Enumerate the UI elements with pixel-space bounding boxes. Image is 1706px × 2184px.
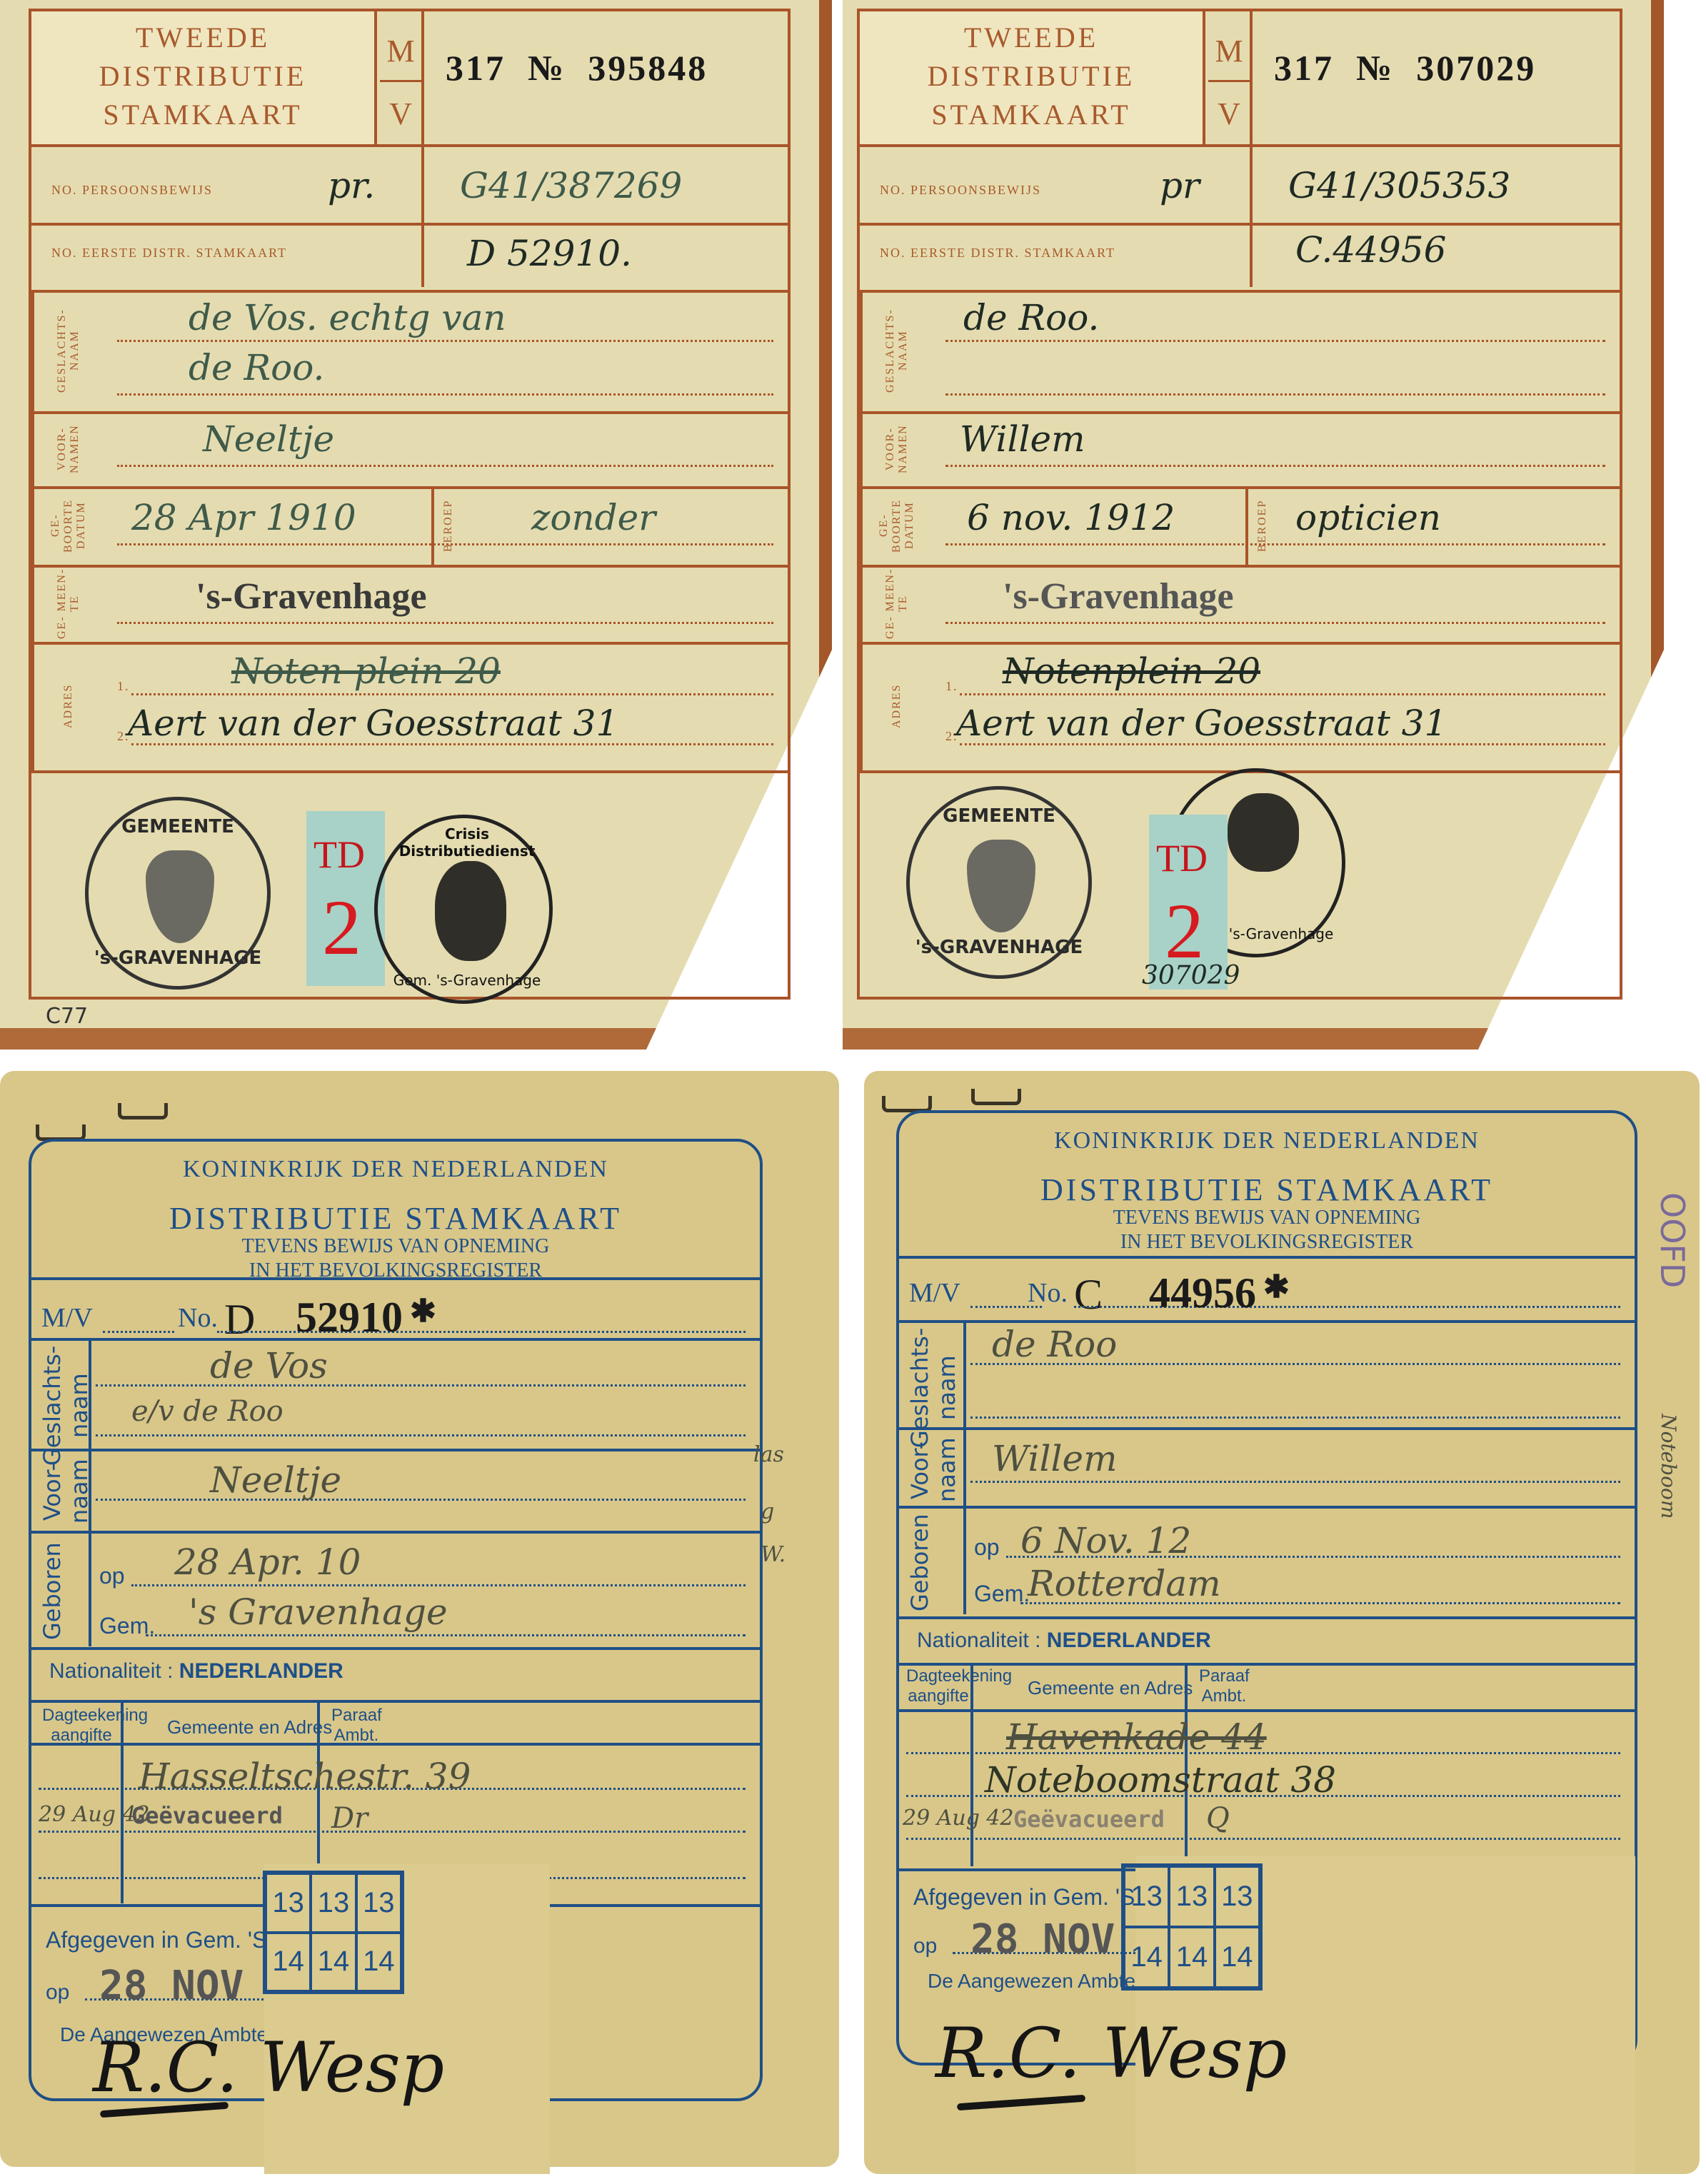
- header-sub-1: TEVENS BEWIJS VAN OPNEMING: [899, 1206, 1635, 1230]
- label-mv: M/V: [909, 1277, 960, 1309]
- geslachtsnaam-line-1: de Roo: [992, 1324, 1117, 1365]
- geboren-op-value: 6 Nov. 12: [1020, 1520, 1191, 1561]
- margin-note: Noteboom: [1657, 1414, 1680, 1519]
- ink-blot-icon: [435, 861, 506, 961]
- header-title: DISTRIBUTIE STAMKAART: [899, 1172, 1635, 1208]
- signature-underline: [957, 2095, 1085, 2111]
- label-eerste-stamkaart: NO. EERSTE DISTR. STAMKAART: [51, 246, 287, 261]
- persoonsbewijs-mark: pr: [1160, 165, 1200, 206]
- adres-1-crossed: Noten plein 20: [231, 650, 501, 692]
- card-series: C: [1074, 1270, 1103, 1319]
- label-beroep: BEROEP: [434, 486, 463, 565]
- gemeente-stamp: 's-Gravenhage: [196, 575, 427, 618]
- voornamen-value: Neeltje: [203, 418, 334, 460]
- margin-note-3: W.: [761, 1542, 786, 1567]
- eerste-stamkaart-value: D 52910.: [467, 233, 632, 274]
- label-paraaf: Paraaf Ambt.: [331, 1706, 381, 1746]
- card-number: 44956: [1149, 1269, 1256, 1318]
- asterisk-icon: ✱: [410, 1293, 436, 1329]
- staple-icon: [118, 1103, 168, 1119]
- label-geboren: Geboren: [906, 1509, 933, 1616]
- official-signature: R.C. Wesp: [935, 2013, 1287, 2093]
- coupon-grid: 13 13 13 14 14 14: [1121, 1863, 1263, 1991]
- address-stamp: Geëvacueerd: [1013, 1806, 1165, 1833]
- adres-1-crossed: Notenplein 20: [1003, 650, 1260, 692]
- geboren-gem-value: 's Gravenhage: [189, 1591, 448, 1633]
- td-coupon-stamp: TD 2: [306, 811, 385, 986]
- geboortedatum-value: 28 Apr 1910: [131, 497, 356, 538]
- address-value-1: Havenkade 44: [1006, 1716, 1267, 1758]
- coupon-grid: 13 13 13 14 14 14: [263, 1871, 404, 1994]
- label-voornaam: Voor- naam: [906, 1431, 960, 1509]
- label-geboren: Geboren: [39, 1534, 66, 1649]
- gemeente-seal: GEMEENTE 's-GRAVENHAGE: [85, 797, 271, 990]
- coat-of-arms-icon: [146, 850, 214, 943]
- voornaam-value: Willem: [992, 1438, 1118, 1479]
- tweede-stamkaart-card-2: TWEEDE DISTRIBUTIE STAMKAART M V 317 № 3…: [843, 0, 1664, 1050]
- header-title: DISTRIBUTIE STAMKAART: [31, 1200, 760, 1237]
- tweede-stamkaart-card-1: TWEEDE DISTRIBUTIE STAMKAART M V 317 № 3…: [0, 0, 832, 1050]
- margin-note-1: las: [753, 1442, 784, 1467]
- label-no: No.: [178, 1302, 218, 1334]
- address-value: Hasseltschestr. 39: [139, 1756, 471, 1797]
- gemeente-seal: GEMEENTE 's-GRAVENHAGE: [906, 786, 1092, 979]
- card-frame: TWEEDE DISTRIBUTIE STAMKAART M V 317 № 3…: [857, 9, 1622, 1000]
- header-kingdom: KONINKRIJK DER NEDERLANDEN: [899, 1127, 1635, 1154]
- label-gemeente-adres: Gemeente en Adres: [167, 1716, 332, 1738]
- ink-blot-icon: [1228, 793, 1299, 872]
- label-gemeente-adres: Gemeente en Adres: [1028, 1677, 1193, 1699]
- coupon-handwritten: 307029: [1142, 961, 1240, 990]
- coat-of-arms-icon: [967, 840, 1035, 932]
- card-frame: TWEEDE DISTRIBUTIE STAMKAART M V 317 № 3…: [29, 9, 791, 1000]
- address-date: 29 Aug 42: [903, 1806, 1014, 1831]
- staple-icon: [971, 1089, 1021, 1105]
- adres-2-value: Aert van der Goesstraat 31: [956, 703, 1447, 744]
- label-eerste-stamkaart: NO. EERSTE DISTR. STAMKAART: [880, 246, 1115, 261]
- geboren-op-value: 28 Apr. 10: [174, 1541, 361, 1583]
- label-no: No.: [1028, 1277, 1068, 1309]
- persoonsbewijs-mark: pr.: [328, 165, 375, 206]
- asterisk-icon: ✱: [1263, 1269, 1290, 1305]
- address-value-2: Noteboomstraat 38: [985, 1759, 1336, 1801]
- geslachtsnaam-line-2: de Roo.: [189, 347, 324, 388]
- label-dagteekening: Dagteekening aangifte: [42, 1706, 121, 1746]
- header-sub-2: IN HET BEVOLKINGSREGISTER: [899, 1230, 1635, 1254]
- address-paraaf: Dr: [331, 1802, 368, 1835]
- adres-2-value: Aert van der Goesstraat 31: [128, 703, 618, 744]
- geslachtsnaam-line-1: de Vos: [210, 1345, 328, 1387]
- label-nationaliteit: Nationaliteit : NEDERLANDER: [49, 1659, 343, 1684]
- corner-code: C77: [46, 1004, 88, 1029]
- persoonsbewijs-value: G41/305353: [1288, 165, 1510, 206]
- distributie-stamkaart-card-2: KONINKRIJK DER NEDERLANDEN DISTRIBUTIE S…: [864, 1071, 1700, 2174]
- label-nationaliteit: Nationaliteit : NEDERLANDER: [917, 1629, 1211, 1653]
- label-voornaam: Voor- naam: [39, 1452, 93, 1531]
- persoonsbewijs-value: G41/387269: [460, 165, 682, 206]
- distributiedienst-stamp: Crisis Distributiedienst Gem. 's-Gravenh…: [374, 815, 553, 1004]
- official-signature: R.C. Wesp: [93, 2028, 444, 2108]
- card-series: D: [224, 1295, 255, 1344]
- voornaam-value: Neeltje: [210, 1459, 341, 1501]
- label-dagteekening: Dagteekening aangifte: [906, 1666, 970, 1706]
- label-beroep: BEROEP: [1248, 486, 1277, 565]
- geboren-gem-value: Rotterdam: [1028, 1563, 1221, 1604]
- voornamen-value: Willem: [960, 418, 1085, 460]
- beroep-value: opticien: [1295, 497, 1441, 538]
- distributie-stamkaart-card-1: KONINKRIJK DER NEDERLANDEN DISTRIBUTIE S…: [0, 1071, 839, 2167]
- header-sub-1: TEVENS BEWIJS VAN OPNEMING: [31, 1234, 760, 1259]
- beroep-value: zonder: [531, 497, 656, 538]
- gemeente-stamp: 's-Gravenhage: [1003, 575, 1234, 618]
- label-mv: M/V: [41, 1302, 93, 1334]
- geslachtsnaam-line-1: de Vos. echtg van: [189, 297, 506, 338]
- address-paraaf: Q: [1206, 1802, 1230, 1835]
- address-stamp: Geëvacueerd: [131, 1802, 283, 1829]
- card-number: 52910: [296, 1293, 403, 1342]
- eerste-stamkaart-value: C.44956: [1295, 229, 1446, 271]
- geslachtsnaam-line-2: e/v de Roo: [131, 1395, 284, 1428]
- margin-note-2: g: [761, 1499, 774, 1524]
- header-kingdom: KONINKRIJK DER NEDERLANDEN: [31, 1156, 760, 1183]
- geslachtsnaam-line-1: de Roo.: [963, 297, 1099, 338]
- label-paraaf: Paraaf Ambt.: [1199, 1666, 1249, 1706]
- side-stamp: OOFD: [1653, 1192, 1692, 1288]
- label-persoonsbewijs: NO. PERSOONSBEWIJS: [51, 183, 213, 198]
- geboortedatum-value: 6 nov. 1912: [967, 497, 1175, 538]
- label-persoonsbewijs: NO. PERSOONSBEWIJS: [880, 183, 1041, 198]
